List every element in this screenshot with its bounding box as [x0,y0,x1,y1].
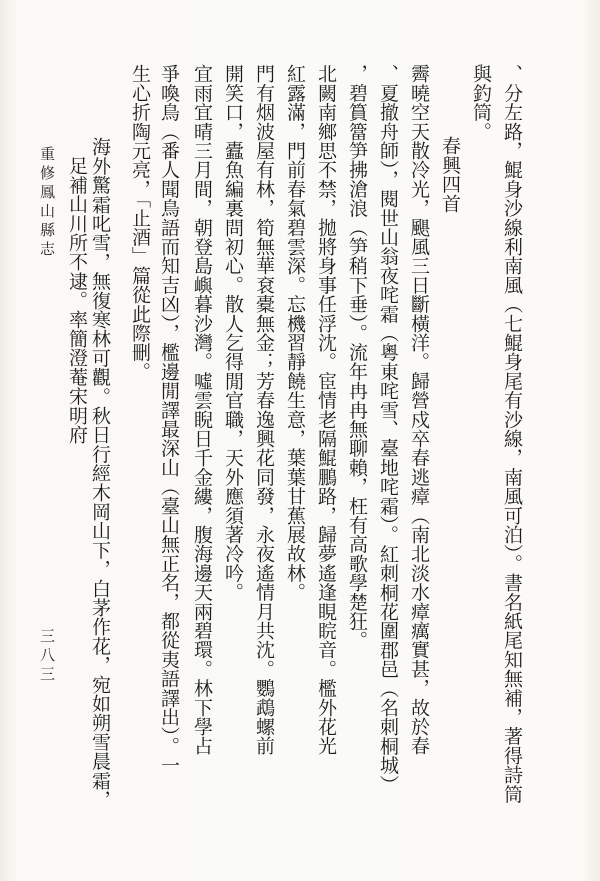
text-column-2: 與釣筒。 [465,64,495,844]
scanned-page: 、分左路，鯤身沙線利南風（七鯤身尾有沙線，南風可泊）。書名紙尾知無補，著得詩筒 … [0,0,600,881]
text-column-8: 紅露滿，門前春氣碧雲深。忘機習靜饒生意，葉葉甘蕉展故林。 [279,64,309,844]
text-column-7: 北闕南鄉思不禁，拋將身事任浮沈。宦情老隔鯤鵬路，歸夢遙逢睍睆音。檻外花光 [310,64,340,844]
text-column-11: 宜雨宜晴三月間，朝登島嶼暮沙灣。噓雲睨日千金縷，腹海邊天兩碧環。林下學占 [186,64,216,844]
text-column-10: 開笑口，蠹魚編裏問初心。散人乞得閒官職，天外應須著冷吟。 [217,64,247,844]
text-column-5: 、夏撤舟師），閱世山翁夜咤霜（粵東咤雪、臺地咤霜）。紅刺桐花圍郡邑（名刺桐城） [372,64,402,844]
page-number: 三八三 [36,628,57,685]
text-column-6: ，碧篔簹笋拂滄浪（笋稍下垂）。流年冉冉無聊賴，枉有高歌學楚狂。 [341,64,371,844]
text-column-9: 門有烟波屋有林，筍無華袞橐無金；芳春逸興花同發，永夜遙情月共沈。鸚鵡螺前 [248,64,278,844]
poem-section-title: 春興四首 [434,136,464,836]
text-column-1: 、分左路，鯤身沙線利南風（七鯤身尾有沙線，南風可泊）。書名紙尾知無補，著得詩筒 [496,64,526,844]
poem-title-column-2: 足補山川所不逮。率簡澄菴宋明府 [61,156,91,836]
book-title: 重修鳳山縣志 [36,146,57,260]
text-column-4: 霽曉空天散冷光，颶風三日斷橫洋。歸營戍卒春逃瘴（南北淡水瘴癘實甚，故於春 [403,64,433,844]
text-column-13: 生心折陶元亮，「止酒」篇從此際刪。 [124,64,154,844]
text-column-12: 爭喚鳥（番人聞鳥語而知吉凶），檻邊閒譯最深山（臺山無正名，都從夷語譯出）。一 [153,64,183,844]
